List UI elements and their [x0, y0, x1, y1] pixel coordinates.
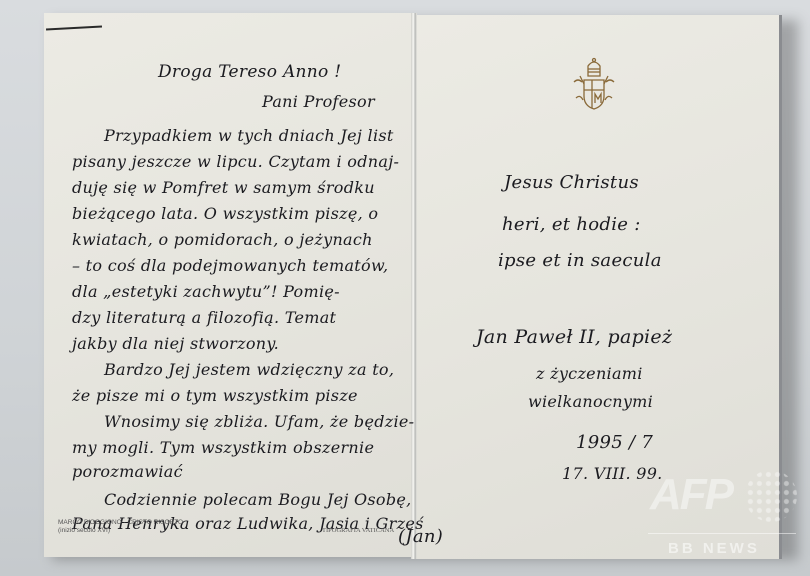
period-caption: (inizio secolo XVI) [58, 527, 110, 535]
salutation: Droga Tereso Anno ! [158, 62, 341, 82]
letter-line: Codziennie polecam Bogu Jej Osobę, [104, 490, 412, 509]
letter-line: dla „estetyki zachwytu”! Pomię- [72, 282, 340, 301]
date-note: 1995 / 7 [576, 432, 653, 453]
letter-line: – to coś dla podejmowanych tematów, [72, 256, 388, 275]
letter-line: dzy literaturą a filozofią. Temat [72, 308, 336, 327]
letter-line: pisany jeszcze w lipcu. Czytam i odnaj- [72, 152, 399, 171]
letter-line: że pisze mi o tym wszystkim pisze [72, 386, 358, 405]
card-fold [411, 13, 417, 559]
papal-crest-icon [570, 56, 618, 112]
letter-line: kwiatach, o pomidorach, o jeżynach [72, 230, 373, 249]
verse-line: ipse et in saecula [498, 250, 662, 271]
signature: Jan Paweł II, papież [476, 326, 672, 348]
letter-line: my mogli. Tym wszystkim obszernie [72, 438, 374, 457]
letter-line: Bardzo Jej jestem wdzięczny za to, [104, 360, 394, 379]
letter-line: porozmawiać [72, 462, 183, 481]
date: 17. VIII. 99. [562, 464, 663, 483]
printer-caption: TIPOGRAFIA VATICANA [322, 527, 394, 535]
letter-line: duję się w Pomfret w samym środku [72, 178, 375, 197]
afp-watermark: AFP [650, 470, 732, 520]
salutation-title: Pani Profesor [262, 92, 375, 111]
afp-globe-icon [745, 470, 797, 522]
greeting-line: wielkanocnymi [528, 392, 653, 411]
letter-line: bieżącego lata. O wszystkim piszę, o [72, 204, 378, 223]
letter-line: jakby dla niej stworzony. [72, 334, 279, 353]
letter-line: Przypadkiem w tych dniach Jej list [104, 126, 394, 145]
verse-line: heri, et hodie : [502, 214, 641, 235]
artist-caption: MARCO D'OGGIONO - CRISTO RISORTO [58, 519, 183, 527]
greeting-line: z życzeniami [536, 364, 643, 383]
watermark-rule [648, 533, 796, 534]
signature-initial: (Jan) [398, 526, 443, 547]
verse-line: Jesus Christus [504, 172, 639, 193]
letter-line: Wnosimy się zbliża. Ufam, że będzie- [104, 412, 414, 431]
watermark-subtitle: BB NEWS [668, 540, 760, 557]
